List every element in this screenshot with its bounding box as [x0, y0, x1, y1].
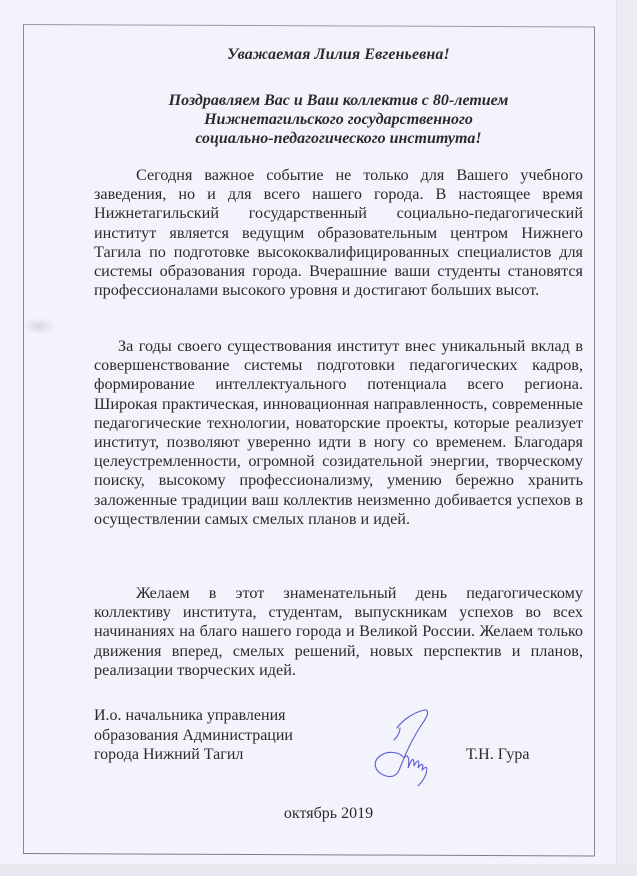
position-line: образования Администрации: [94, 726, 293, 746]
heading-line: Поздравляем Вас и Ваш коллектив с 80-лет…: [94, 91, 583, 110]
scan-bottom-strip: [0, 864, 637, 876]
signatory-name: Т.Н. Гура: [466, 746, 529, 764]
heading-line: социально-педагогического института!: [94, 129, 583, 148]
congratulation-heading: Поздравляем Вас и Ваш коллектив с 80-лет…: [94, 91, 583, 148]
signature-icon: [364, 706, 464, 786]
scan-smudge: [24, 318, 54, 334]
scan-edge-strip: [616, 0, 637, 876]
position-line: И.о. начальника управления: [94, 706, 293, 726]
paragraph-1: Сегодня важное событие не только для Ваш…: [94, 166, 583, 300]
paragraph-3: Желаем в этот знаменательный день педаго…: [94, 584, 583, 680]
position-line: города Нижний Тагил: [94, 745, 293, 765]
heading-line: Нижнетагильского государственного: [94, 110, 583, 129]
paragraph-2: За годы своего существования институт вн…: [94, 337, 583, 529]
salutation: Уважаемая Лилия Евгеньевна!: [94, 46, 583, 64]
letter-date: октябрь 2019: [0, 805, 637, 823]
signatory-position: И.о. начальника управления образования А…: [94, 706, 293, 765]
